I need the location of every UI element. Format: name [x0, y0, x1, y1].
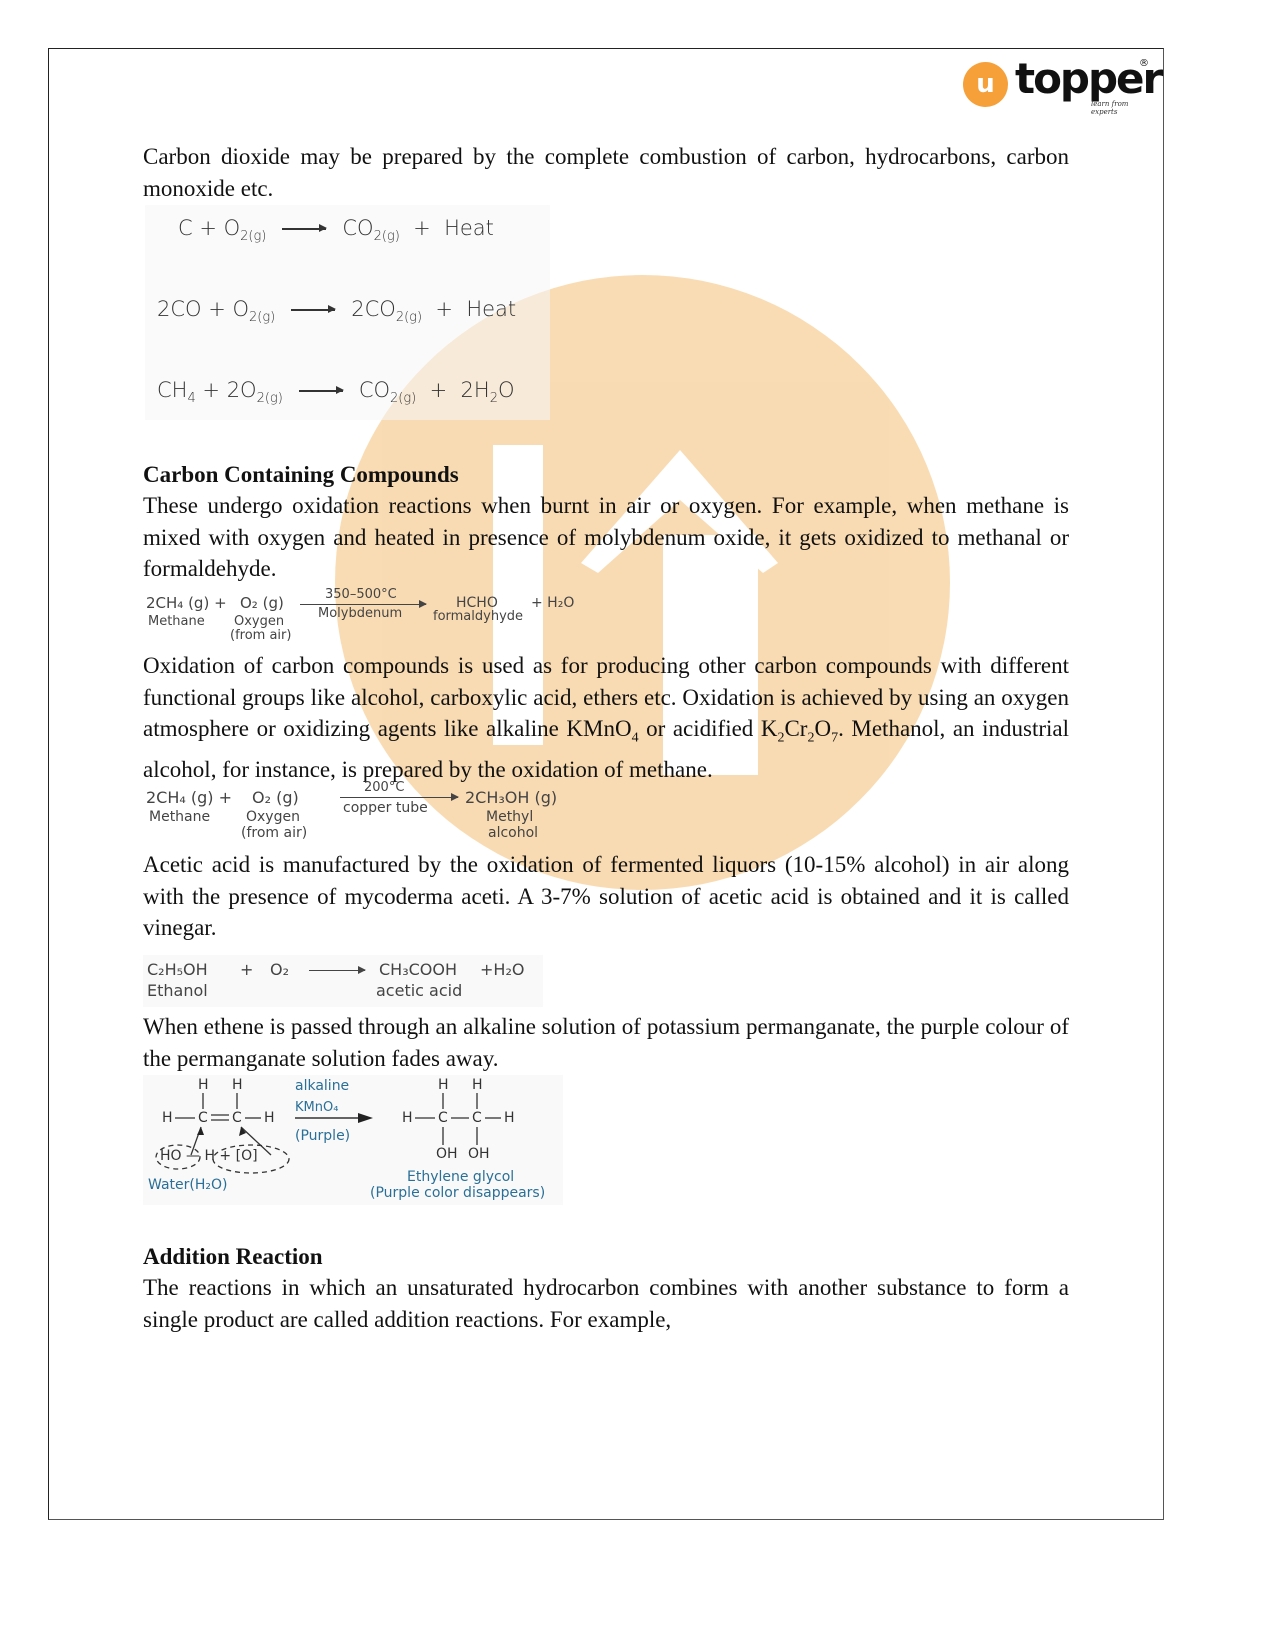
- oxidation-uses-paragraph: Oxidation of carbon compounds is used as…: [143, 650, 1069, 786]
- equation-co-combustion: 2CO + O2(g)2CO2(g) + Heat: [157, 297, 516, 325]
- reactant-label: Oxygen: [234, 614, 284, 629]
- carbon-compounds-paragraph: These undergo oxidation reactions when b…: [143, 490, 1069, 585]
- reaction-arrow-icon: [299, 390, 343, 392]
- plus-sign: +: [240, 960, 253, 979]
- reactant-label: Ethanol: [147, 981, 208, 1000]
- reactant-label: Methane: [148, 614, 205, 629]
- addition-reaction-paragraph: The reactions in which an unsaturated hy…: [143, 1272, 1069, 1335]
- oxidation-uses-section: Oxidation of carbon compounds is used as…: [143, 650, 1069, 786]
- product-label: acetic acid: [376, 981, 462, 1000]
- reactant-sublabel: (from air): [241, 825, 307, 841]
- product-sublabel: alcohol: [488, 825, 538, 841]
- reaction-condition: 200°C: [364, 780, 404, 795]
- atom-h: H: [504, 1110, 515, 1126]
- water-label: Water(H₂O): [148, 1177, 227, 1193]
- reagent-color: (Purple): [295, 1128, 350, 1144]
- reactant-oxygen: O₂ (g): [252, 788, 299, 807]
- addition-reaction-section: Addition Reaction The reactions in which…: [143, 1241, 1069, 1335]
- ethene-section: When ethene is passed through an alkalin…: [143, 1011, 1069, 1074]
- reagent-formula: KMnO₄: [295, 1100, 338, 1115]
- logo-mark-icon: u: [963, 62, 1008, 107]
- equation-methane-combustion: CH4 + 2O2(g)CO2(g) + 2H2O: [157, 378, 515, 406]
- reaction-condition: 350–500°C: [325, 587, 397, 602]
- product-label: formaldyhyde: [433, 609, 523, 624]
- registered-mark: ®: [1139, 58, 1149, 69]
- acetic-acid-paragraph: Acetic acid is manufactured by the oxida…: [143, 849, 1069, 944]
- reaction-arrow-icon: [291, 309, 335, 311]
- byproduct-water: + H₂O: [531, 595, 574, 611]
- reactant-label: Oxygen: [246, 809, 300, 825]
- reaction-catalyst: copper tube: [343, 800, 428, 816]
- byproduct-water: +H₂O: [480, 960, 524, 979]
- topper-logo: u topper ® learn from experts: [963, 62, 1153, 117]
- product-acetic-acid: CH₃COOH: [379, 960, 457, 979]
- atom-c: C: [472, 1110, 482, 1126]
- intro-paragraph: Carbon dioxide may be prepared by the co…: [143, 141, 1069, 204]
- acetic-acid-section: Acetic acid is manufactured by the oxida…: [143, 849, 1069, 944]
- reactant-oxygen: O₂: [270, 960, 289, 979]
- atom-oh: OH: [468, 1146, 490, 1162]
- atom-c: C: [232, 1110, 242, 1126]
- atom-c: C: [438, 1110, 448, 1126]
- section-heading: Addition Reaction: [143, 1241, 1069, 1272]
- reaction-arrow-icon: [282, 228, 326, 230]
- atom-h: H: [198, 1077, 209, 1093]
- reagent-label: alkaline: [295, 1078, 349, 1094]
- atom-h: H: [472, 1077, 483, 1093]
- product-label: Methyl: [486, 809, 533, 825]
- reaction-catalyst: Molybdenum: [318, 606, 402, 621]
- reactant-methane: 2CH₄ (g) +: [146, 594, 227, 612]
- reactant-methane: 2CH₄ (g) +: [146, 788, 232, 807]
- reactant-ethanol: C₂H₅OH: [147, 960, 208, 979]
- product-methanol: 2CH₃OH (g): [465, 788, 557, 807]
- product-sublabel: (Purple color disappears): [370, 1185, 545, 1201]
- equation-carbon-combustion: C + O2(g)CO2(g) + Heat: [178, 216, 494, 244]
- section-heading: Carbon Containing Compounds: [143, 459, 1069, 490]
- water-group: HO — H + [O]: [160, 1148, 258, 1164]
- reactant-sublabel: (from air): [230, 628, 291, 643]
- atom-h: H: [232, 1077, 243, 1093]
- atom-h: H: [162, 1110, 173, 1126]
- atom-oh: OH: [436, 1146, 458, 1162]
- carbon-compounds-section: Carbon Containing Compounds These underg…: [143, 459, 1069, 585]
- atom-h: H: [402, 1110, 413, 1126]
- atom-c: C: [198, 1110, 208, 1126]
- reaction-arrow-icon: [300, 604, 426, 605]
- reaction-arrow-icon: [309, 970, 365, 971]
- reaction-arrow-icon: [340, 797, 458, 798]
- reactant-label: Methane: [149, 809, 210, 825]
- reactant-oxygen: O₂ (g): [240, 594, 284, 612]
- atom-h: H: [264, 1110, 275, 1126]
- intro-section: Carbon dioxide may be prepared by the co…: [143, 141, 1069, 204]
- product-label: Ethylene glycol: [407, 1169, 514, 1185]
- ethene-paragraph: When ethene is passed through an alkalin…: [143, 1011, 1069, 1074]
- brand-tagline: learn from experts: [1091, 100, 1153, 116]
- atom-h: H: [438, 1077, 449, 1093]
